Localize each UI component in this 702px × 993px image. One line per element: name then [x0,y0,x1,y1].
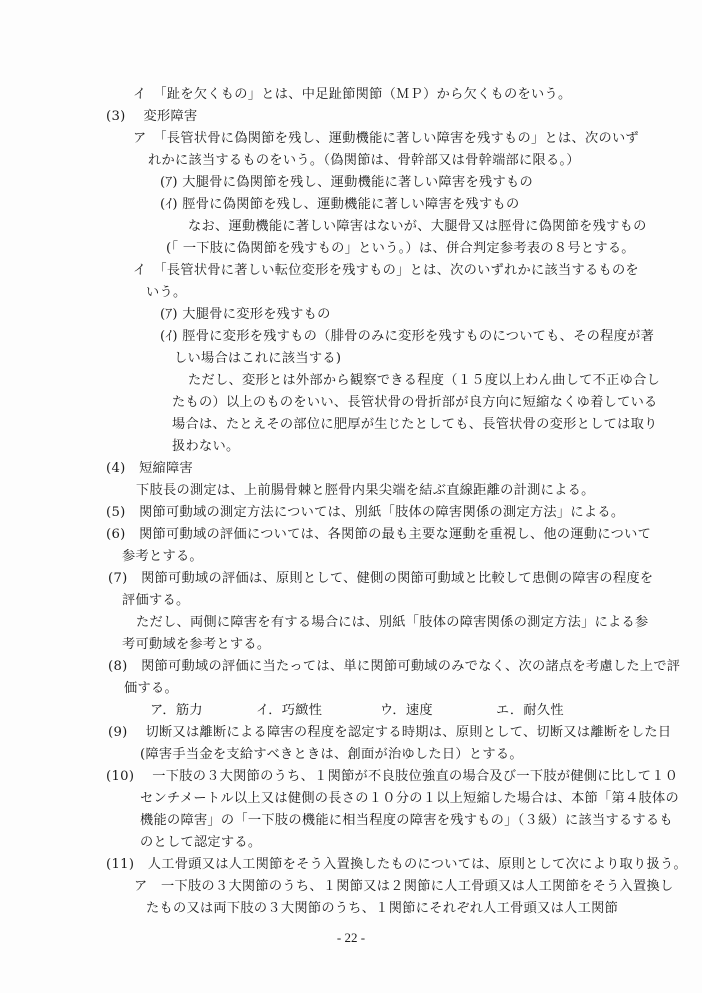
section-11: (11) 人工骨頭又は人工関節をそう入置換したものについては、原則として次により… [106,856,687,874]
section-8: (8) 関節可動域の評価に当たっては、単に関節可動域のみでなく、次の諸点を考慮し… [108,658,680,676]
item-i-toe-definition: イ 「趾を欠くもの」とは、中足趾節関節（ＭＰ）から欠くものをいう。 [133,86,571,104]
paragraph-line: センチメートル以上又は健側の長さの１０分の１以上短縮した場合は、本節「第４肢体の [140,790,679,808]
paragraph-line: ただし、変形とは外部から観察できる程度（１５度以上わん曲して不正ゆ合し [188,372,660,390]
paragraph-line: イ 「長管状骨に著しい転位変形を残すもの」とは、次のいずれかに該当するものを [133,262,639,280]
paragraph-line: たもの又は両下肢の３大関節のうち、１関節にそれぞれ人工骨頭又は人工関節 [146,900,618,918]
section-9: (9) 切断又は離断による障害の程度を認定する時期は、原則として、切断又は離断を… [108,724,671,742]
paragraph-line: (「 一下肢に偽関節を残すもの」という。）は、併合判定参考表の８号とする。 [166,240,635,258]
section-4-heading: (4) 短縮障害 [106,460,193,478]
paragraph-line: しい場合はこれに該当する) [174,350,341,368]
paragraph-line: 機能の障害」の「一下肢の機能に相当程度の障害を残すもの」（３級）に該当するするも [140,812,673,830]
paragraph-line: ただし、両側に障害を有する場合には、別紙「肢体の障害関係の測定方法」による参 [136,614,649,632]
paragraph-line: 場合は、たとえその部位に肥厚が生じたとしても、長管状骨の変形としては取り [172,416,658,434]
factor-endurance: エ．耐久性 [496,702,564,720]
paragraph-line: ア 「長管状骨に偽関節を残し、運動機能に著しい障害を残すもの」とは、次のいず [133,130,639,148]
paragraph-line: 下肢長の測定は、上前腸骨棘と脛骨内果尖端を結ぶ直線距離の計測による。 [136,482,595,500]
factor-dexterity: イ．巧緻性 [256,702,380,720]
factor-speed: ウ．速度 [380,702,496,720]
section-6: (6) 関節可動域の評価については、各関節の最も主要な運動を重視し、他の運動につ… [106,526,651,544]
page-number: - 22 - [0,930,702,946]
paragraph-line: なお、運動機能に著しい障害はないが、大腿骨又は脛骨に偽関節を残すもの [188,218,647,236]
paragraph-line: 参考とする。 [122,548,203,566]
paragraph-line: いう。 [146,284,186,302]
paragraph-line: 考可動域を参考とする。 [122,636,270,654]
document-page: イ 「趾を欠くもの」とは、中足趾節関節（ＭＰ）から欠くものをいう。 (3) 変形… [0,0,702,993]
factor-strength: ア．筋力 [150,702,256,720]
paragraph-line: 扱わない。 [172,438,239,456]
section-5: (5) 関節可動域の測定方法については、別紙「肢体の障害関係の測定方法」による。 [106,504,624,522]
paragraph-line: のとして認定する。 [140,834,261,852]
paragraph-line: ア 一下肢の３大関節のうち、１関節又は２関節に人工骨頭又は人工関節をそう入置換し [134,878,674,896]
paragraph-line: たもの）以上のものをいい、長管状骨の骨折部が良方向に短縮なくゆ着している [172,394,658,412]
section-7: (7) 関節可動域の評価は、原則として、健側の関節可動域と比較して患側の障害の程… [108,570,653,588]
factors-list: ア．筋力イ．巧緻性ウ．速度エ．耐久性 [150,702,564,720]
sub-item-a: (ｱ) 大腿骨に変形を残すもの [160,306,331,324]
sub-item-a: (ｱ) 大腿骨に偽関節を残し、運動機能に著しい障害を残すもの [160,174,533,192]
section-10: (10) 一下肢の３大関節のうち、１関節が不良肢位強直の場合及び一下肢が健側に比… [106,768,678,786]
sub-item-i: (ｲ) 脛骨に変形を残すもの（腓骨のみに変形を残すものについても、その程度が著 [160,328,654,346]
paragraph-line: れかに該当するものをいう。（偽関節は、骨幹部又は骨幹端部に限る。） [148,152,580,170]
paragraph-line: 価する。 [124,680,178,698]
paragraph-line: (障害手当金を支給すべきときは、創面が治ゆした日）とする。 [140,746,523,764]
section-3-heading: (3) 変形障害 [106,108,198,126]
sub-item-i: (ｲ) 脛骨に偽関節を残し、運動機能に著しい障害を残すもの [160,196,519,214]
paragraph-line: 評価する。 [122,592,189,610]
